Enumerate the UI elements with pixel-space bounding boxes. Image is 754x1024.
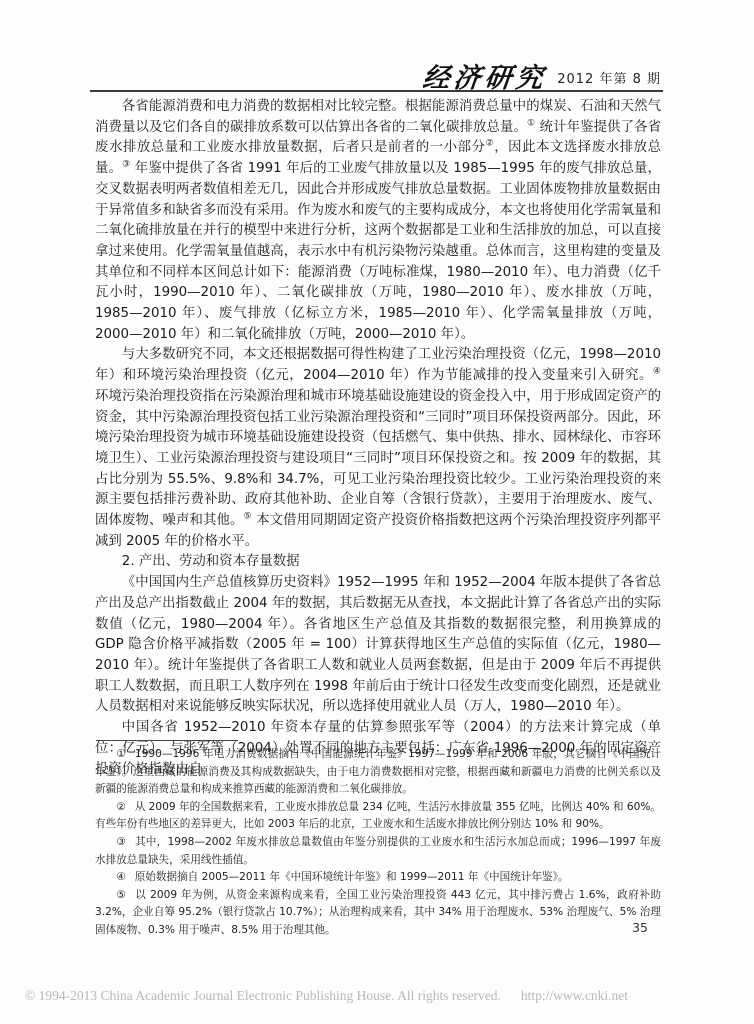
footnote-1-text: 1990—1996 年电力消费数据摘自《中国能源统计年鉴》1997—1999 年…: [95, 748, 661, 795]
cnki-url: http://www.cnki.net: [521, 988, 628, 1003]
footnote-2-text: 从 2009 年的全国数据来看，工业废水排放总量 234 亿吨，生活污水排放量 …: [95, 801, 661, 831]
footnote-5-marker: ⑤: [116, 889, 126, 901]
footer-copyright-bar: © 1994-2013 China Academic Journal Elect…: [25, 988, 745, 1004]
footnote-4-text: 原始数据摘自 2005—2011 年《中国环境统计年鉴》和 1999—2011 …: [135, 871, 569, 883]
paragraph-output-labor: 《中国国内生产总值核算历史资料》1952—1995 年和 1952—2004 年…: [95, 573, 661, 718]
footnote-4-marker: ④: [116, 871, 126, 883]
footnote-1-marker: ①: [116, 748, 126, 760]
footnote-3-marker: ③: [116, 836, 126, 848]
footnote-3-text: 其中，1998—2002 年废水排放总量数值由年鉴分别提供的工业废水和生活污水加…: [95, 836, 661, 866]
article-body: 各省能源消费和电力消费的数据相对比较完整。根据能源消费总量中的煤炭、石油和天然气…: [95, 97, 661, 780]
section-heading: 2. 产出、劳动和资本存量数据: [95, 552, 661, 573]
issue-label: 2012 年第 8 期: [557, 72, 661, 87]
footnotes: ①1990—1996 年电力消费数据摘自《中国能源统计年鉴》1997—1999 …: [95, 746, 661, 940]
paragraph-pollution-investment: 与大多数研究不同，本文还根据数据可得性构建了工业污染治理投资（亿元，1998—2…: [95, 345, 661, 552]
footnote-4: ④原始数据摘自 2005—2011 年《中国环境统计年鉴》和 1999—2011…: [95, 869, 661, 887]
footnote-3: ③其中，1998—2002 年废水排放总量数值由年鉴分别提供的工业废水和生活污水…: [95, 834, 661, 869]
copyright-text: © 1994-2013 China Academic Journal Elect…: [25, 988, 501, 1003]
paragraph-energy-data: 各省能源消费和电力消费的数据相对比较完整。根据能源消费总量中的煤炭、石油和天然气…: [95, 97, 661, 345]
footnote-1: ①1990—1996 年电力消费数据摘自《中国能源统计年鉴》1997—1999 …: [95, 746, 661, 799]
footnote-2: ②从 2009 年的全国数据来看，工业废水排放总量 234 亿吨，生活污水排放量…: [95, 799, 661, 834]
footnote-separator: [96, 740, 238, 741]
header-rule: [90, 90, 663, 92]
journal-page: 经济研究2012 年第 8 期 各省能源消费和电力消费的数据相对比较完整。根据能…: [0, 0, 754, 1024]
footnote-2-marker: ②: [116, 801, 126, 813]
page-number: 35: [95, 920, 648, 935]
